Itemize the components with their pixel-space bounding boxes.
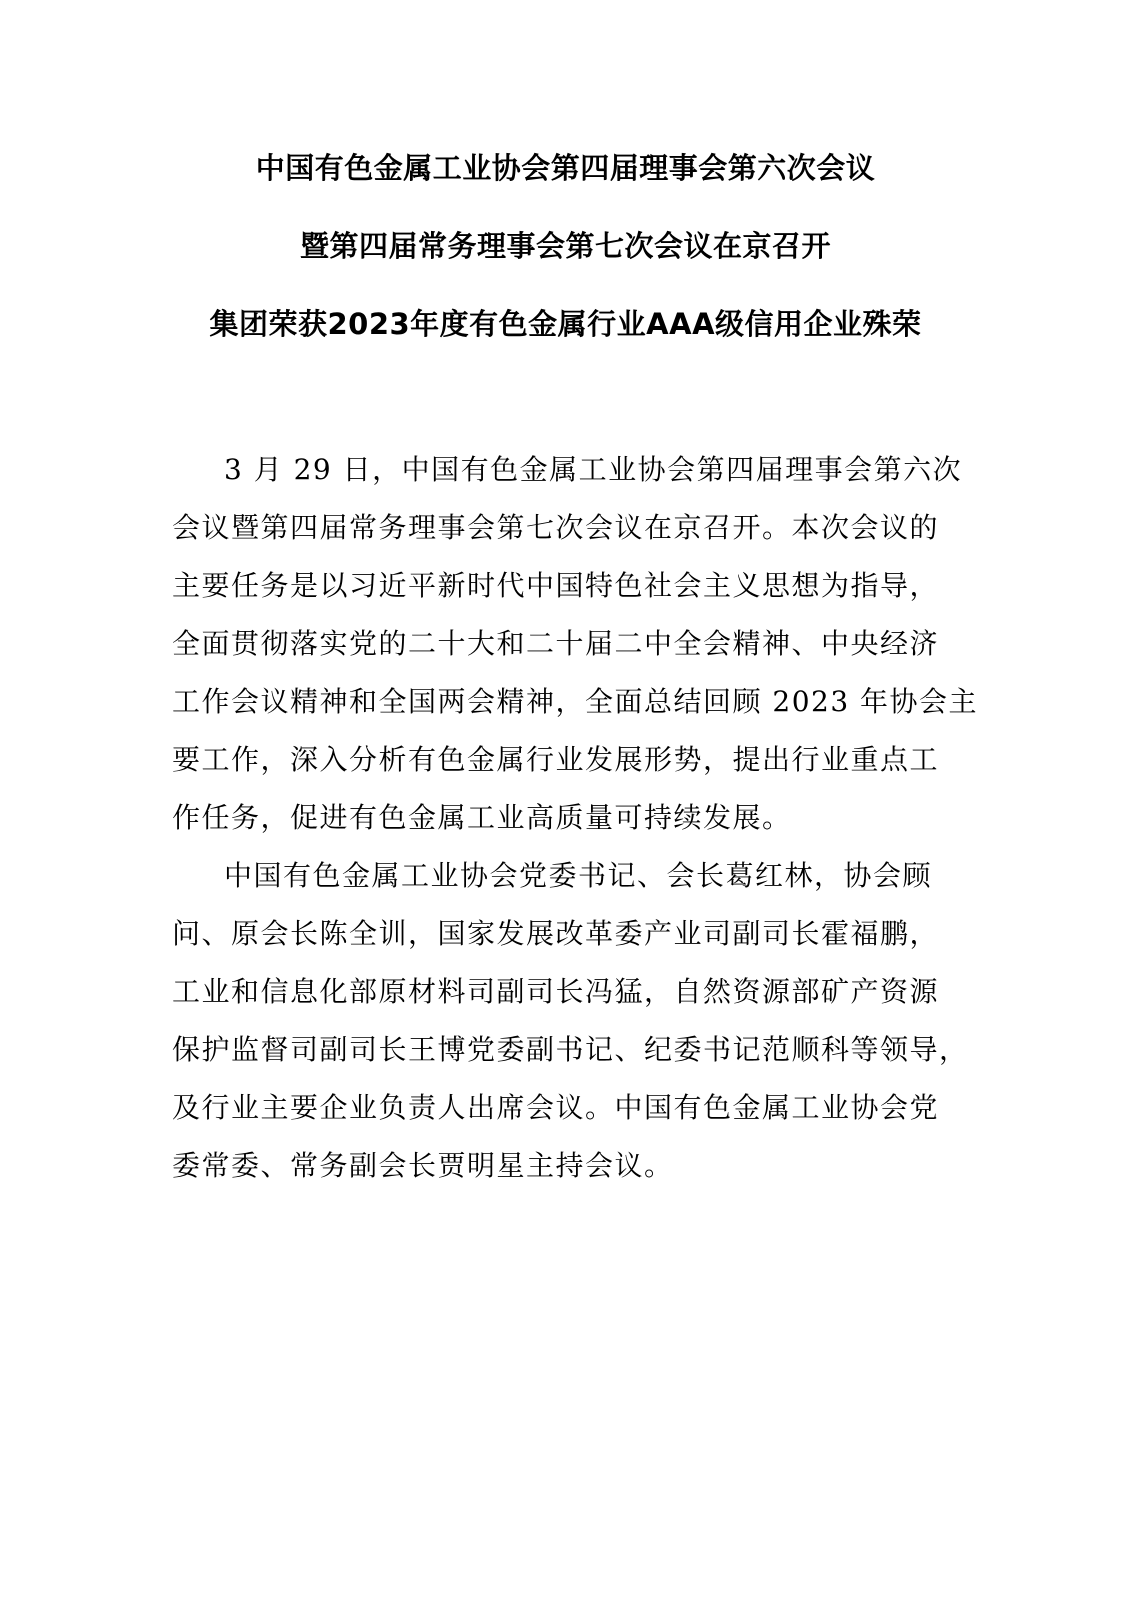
paragraph-line: 问、原会长陈全训，国家发展改革委产业司副司长霍福鹏， xyxy=(172,914,939,954)
title-line-1: 中国有色金属工业协会第四届理事会第六次会议 xyxy=(0,148,1131,188)
title-line-3: 集团荣获2023年度有色金属行业AAA级信用企业殊荣 xyxy=(0,304,1131,344)
paragraph-line: 要工作，深入分析有色金属行业发展形势，提出行业重点工 xyxy=(172,740,939,780)
paragraph-line: 及行业主要企业负责人出席会议。中国有色金属工业协会党 xyxy=(172,1088,939,1128)
paragraph-line: 委常委、常务副会长贾明星主持会议。 xyxy=(172,1146,674,1186)
paragraph-line: 工作会议精神和全国两会精神，全面总结回顾 2023 年协会主 xyxy=(172,682,978,722)
title-line-2: 暨第四届常务理事会第七次会议在京召开 xyxy=(0,226,1131,266)
paragraph-line: 3 月 29 日，中国有色金属工业协会第四届理事会第六次 xyxy=(224,450,962,490)
paragraph-line: 作任务，促进有色金属工业高质量可持续发展。 xyxy=(172,798,792,838)
paragraph-line: 全面贯彻落实党的二十大和二十届二中全会精神、中央经济 xyxy=(172,624,939,664)
paragraph-line: 会议暨第四届常务理事会第七次会议在京召开。本次会议的 xyxy=(172,508,939,548)
paragraph-line: 中国有色金属工业协会党委书记、会长葛红林，协会顾 xyxy=(224,856,932,896)
paragraph-line: 保护监督司副司长王博党委副书记、纪委书记范顺科等领导， xyxy=(172,1030,969,1070)
paragraph-line: 主要任务是以习近平新时代中国特色社会主义思想为指导， xyxy=(172,566,939,606)
paragraph-line: 工业和信息化部原材料司副司长冯猛，自然资源部矿产资源 xyxy=(172,972,939,1012)
document-page: 中国有色金属工业协会第四届理事会第六次会议 暨第四届常务理事会第七次会议在京召开… xyxy=(0,0,1131,1600)
